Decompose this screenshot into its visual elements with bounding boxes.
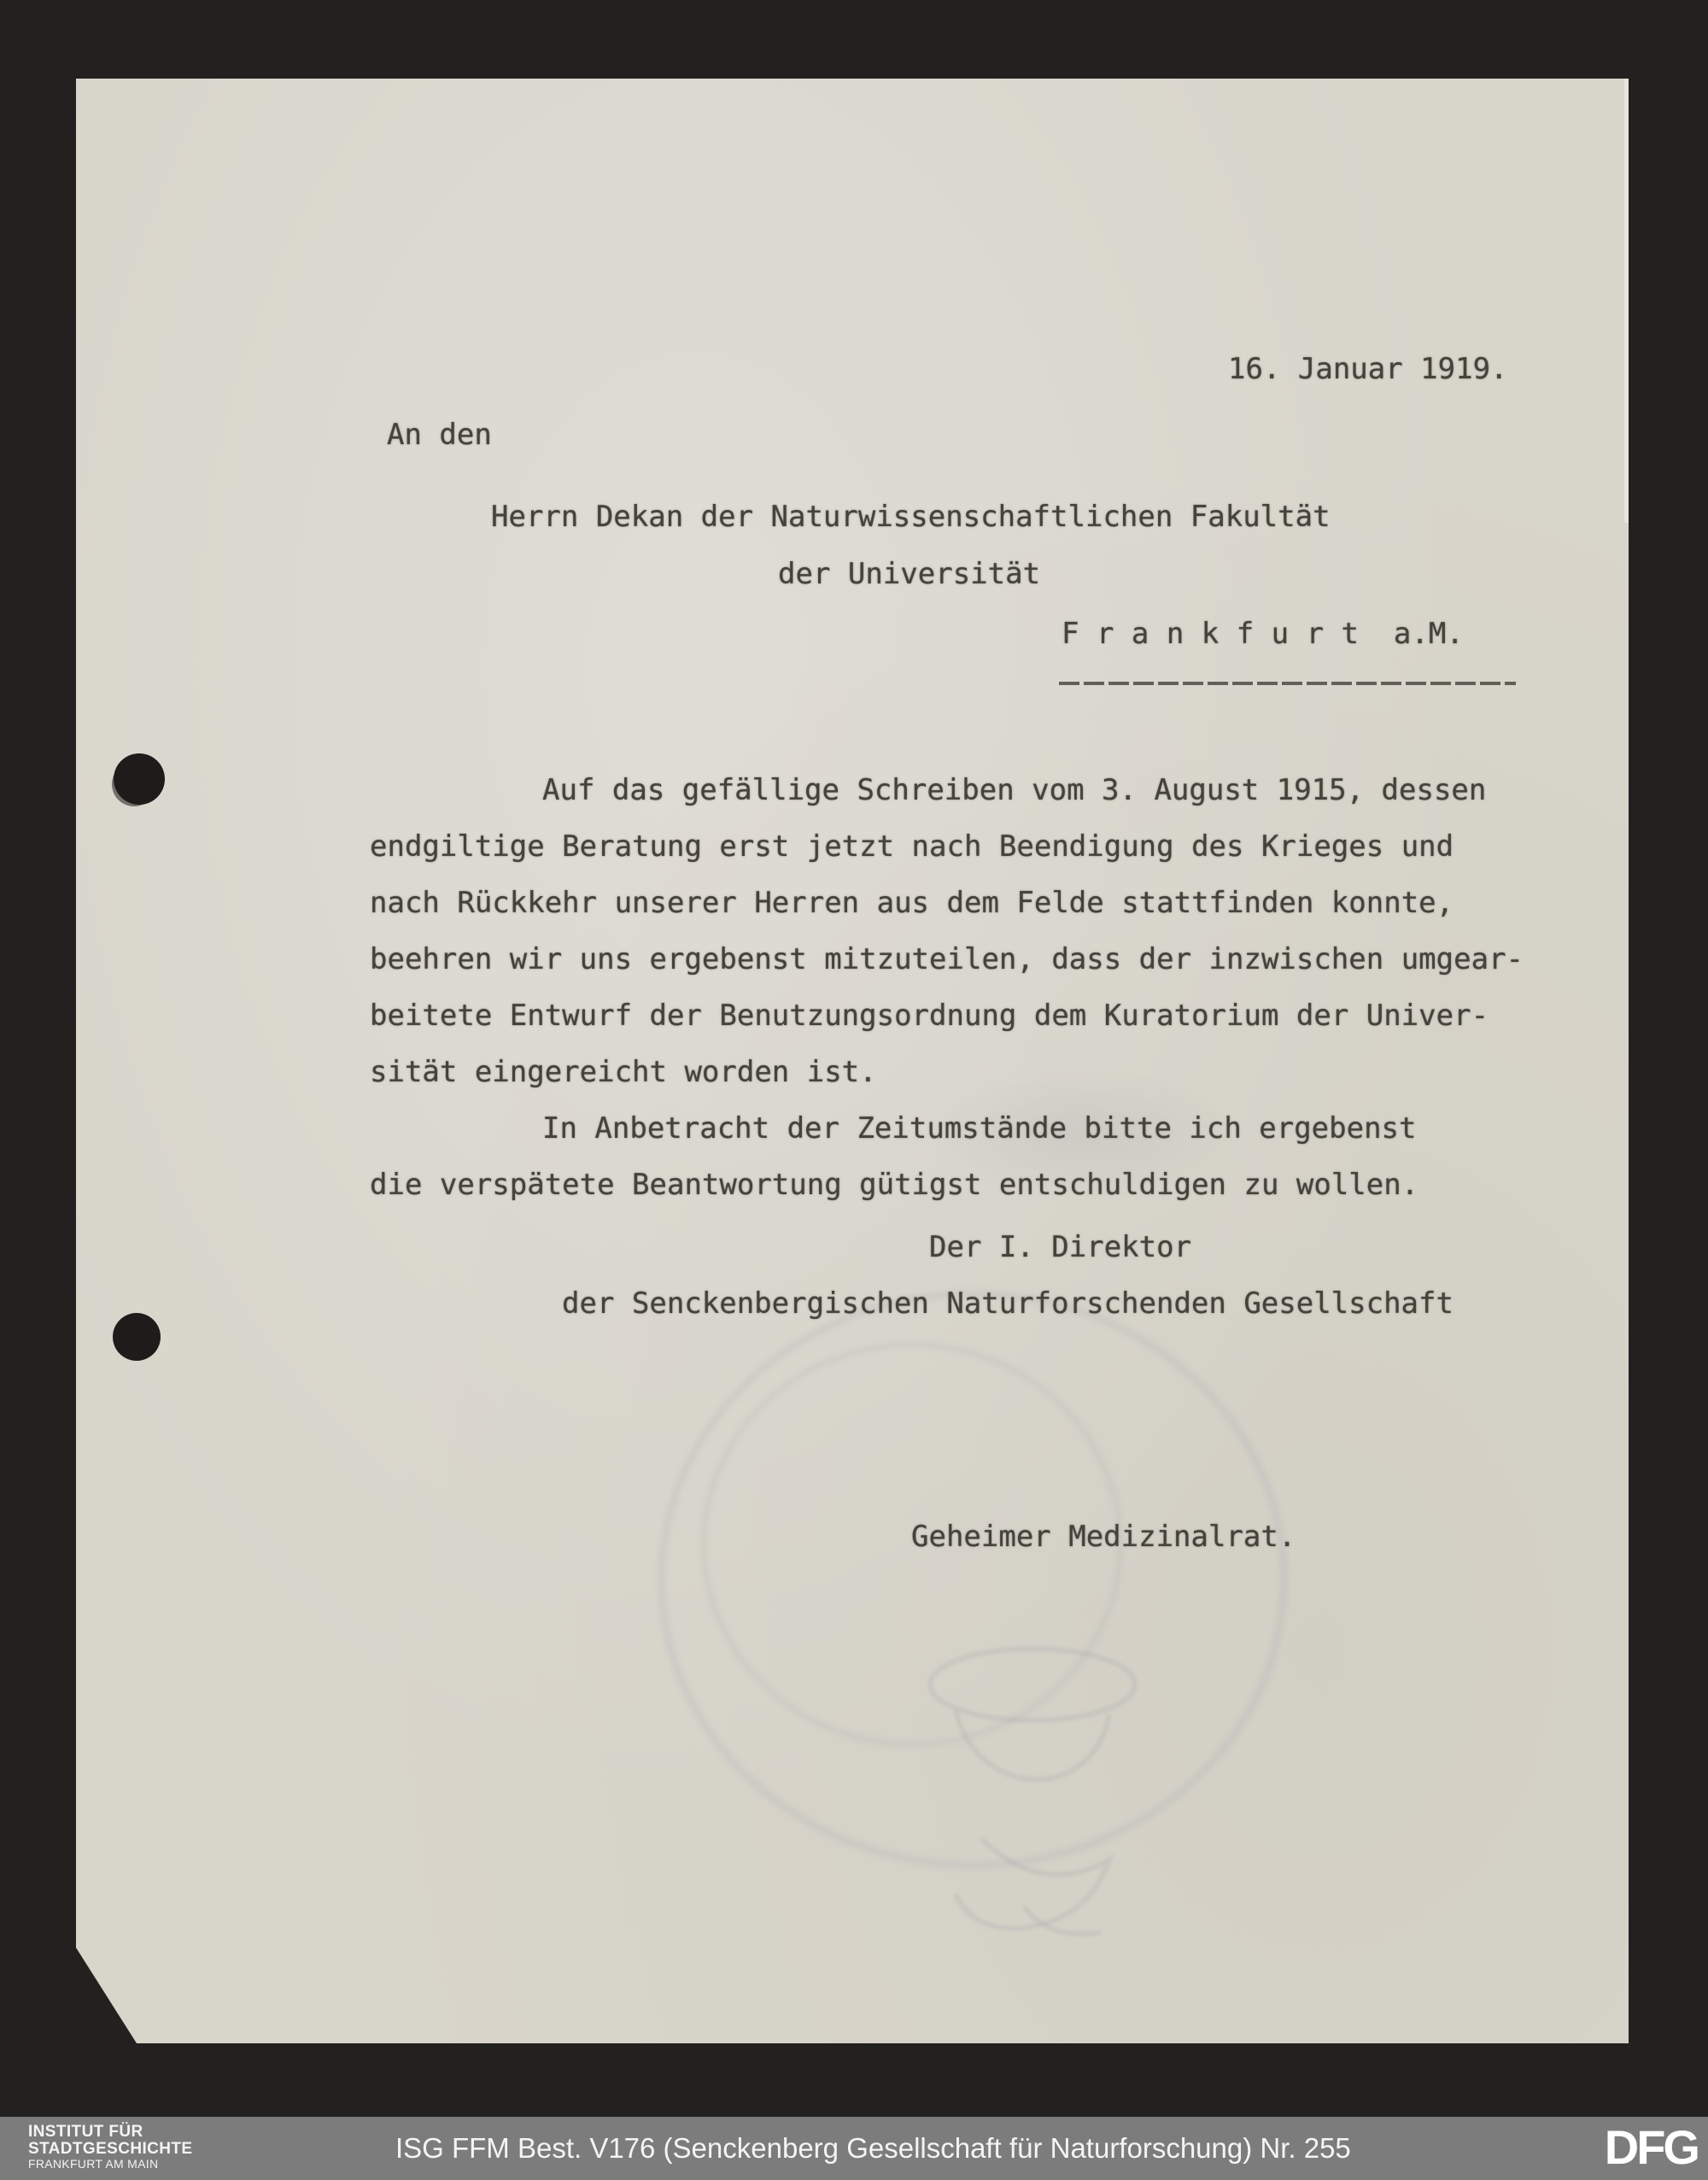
- signature-org-line: der Senckenbergischen Naturforschenden G…: [562, 1289, 1454, 1318]
- body-line-4: beehren wir uns ergebenst mitzuteilen, d…: [370, 945, 1524, 974]
- city-underline: [1059, 682, 1516, 685]
- institute-logo-line-2: STADTGESCHICHTE: [28, 2141, 192, 2158]
- body-line-6: sität eingereicht worden ist.: [370, 1058, 877, 1087]
- punch-hole-top: [114, 753, 165, 805]
- punch-hole-bottom: [113, 1313, 161, 1361]
- body-line-2: endgiltige Beratung erst jetzt nach Been…: [370, 832, 1454, 861]
- recipient-line-1: Herrn Dekan der Naturwissenschaftlichen …: [491, 502, 1331, 531]
- institute-logo: INSTITUT FÜR STADTGESCHICHTE FRANKFURT A…: [28, 2124, 192, 2171]
- body-line-8: die verspätete Beantwortung gütigst ents…: [370, 1170, 1418, 1199]
- institute-logo-line-3: FRANKFURT AM MAIN: [28, 2158, 192, 2171]
- archive-reference: ISG FFM Best. V176 (Senckenberg Gesellsc…: [395, 2132, 1351, 2165]
- body-line-3: nach Rückkehr unserer Herren aus dem Fel…: [370, 888, 1454, 917]
- body-line-1: Auf das gefällige Schreiben vom 3. Augus…: [542, 776, 1486, 805]
- recipient-line-2: der Universität: [778, 560, 1040, 589]
- page-edge-highlight: [1624, 79, 1629, 523]
- dfg-logo: DFG: [1605, 2119, 1698, 2175]
- pencil-sketch: [810, 1625, 1255, 1984]
- recipient-city: F r a n k f u r t a.M.: [1062, 619, 1464, 648]
- body-line-7: In Anbetracht der Zeitumstände bitte ich…: [542, 1114, 1417, 1143]
- body-line-5: beitete Entwurf der Benutzungsordnung de…: [370, 1001, 1489, 1030]
- archival-scan-background: 16. Januar 1919. An den Herrn Dekan der …: [0, 0, 1708, 2180]
- letter-page: 16. Januar 1919. An den Herrn Dekan der …: [76, 79, 1629, 2043]
- closing-title-line: Geheimer Medizinalrat.: [911, 1522, 1296, 1551]
- institute-logo-line-1: INSTITUT FÜR: [28, 2124, 192, 2141]
- recipient-salutation: An den: [387, 420, 492, 449]
- date-line: 16. Januar 1919.: [1228, 355, 1508, 384]
- archive-footer-bar: INSTITUT FÜR STADTGESCHICHTE FRANKFURT A…: [0, 2117, 1708, 2180]
- signature-role-line: Der I. Direktor: [929, 1233, 1191, 1262]
